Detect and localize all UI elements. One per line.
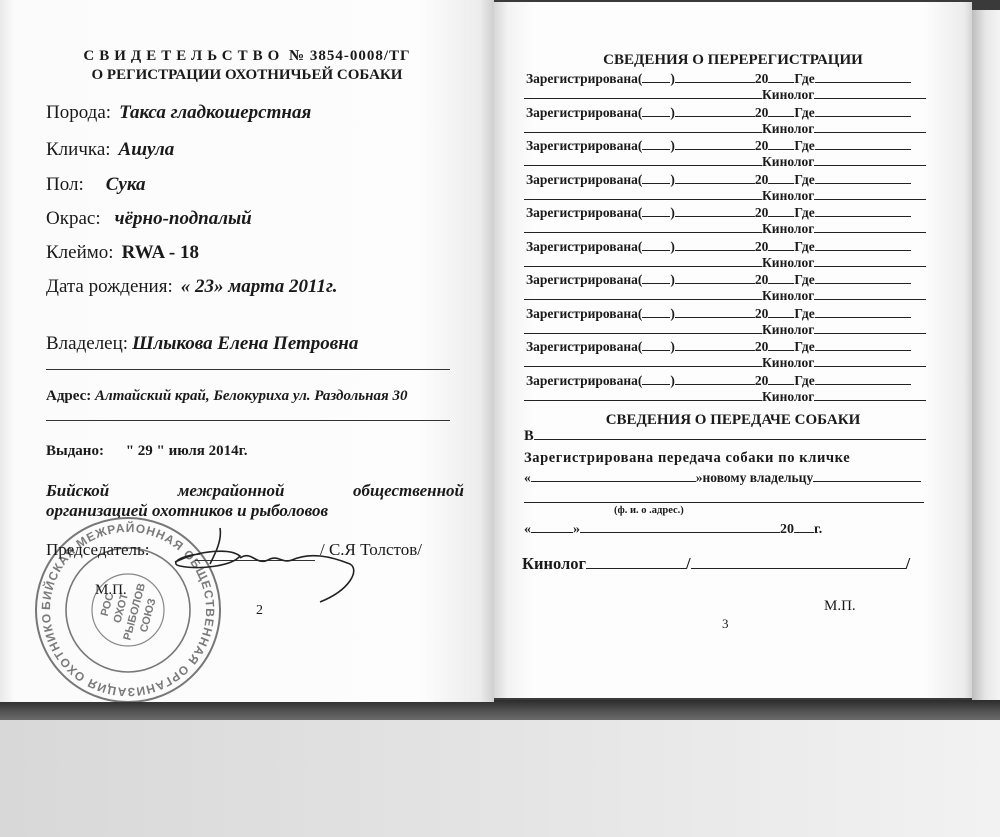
reregistration-title: СВЕДЕНИЯ О ПЕРЕРЕГИСТРАЦИИ bbox=[494, 52, 972, 69]
year-label: 20 bbox=[755, 172, 769, 187]
place-blank[interactable] bbox=[815, 338, 911, 351]
handwritten-signature-icon bbox=[160, 520, 380, 610]
year-label: 20 bbox=[755, 306, 769, 321]
month-blank[interactable] bbox=[675, 137, 755, 150]
reregistration-row: Зарегистрирована()20Где bbox=[526, 204, 911, 221]
field-label: Кличка: bbox=[46, 139, 111, 160]
year-label: 20 bbox=[755, 138, 769, 153]
dog-handler-signature-line: Кинолог// bbox=[522, 554, 910, 574]
org-word: Бийской bbox=[46, 481, 109, 501]
org-word: межрайонной bbox=[178, 481, 285, 501]
day-blank[interactable] bbox=[642, 305, 670, 318]
handler-blank[interactable] bbox=[814, 287, 926, 300]
field-label: Выдано: bbox=[46, 443, 104, 459]
year-label: 20 bbox=[755, 272, 769, 287]
reregistration-row: Зарегистрирована()20Где bbox=[526, 171, 911, 188]
day-blank[interactable] bbox=[642, 238, 670, 251]
year-blank[interactable] bbox=[768, 204, 794, 217]
registered-label: Зарегистрирована( bbox=[526, 306, 642, 321]
handler-note-blank[interactable] bbox=[524, 153, 762, 166]
handler-blank[interactable] bbox=[814, 120, 926, 133]
dog-handler-row: Кинолог bbox=[524, 354, 926, 371]
registered-label: Зарегистрирована( bbox=[526, 272, 642, 287]
dog-handler-label: Кинолог bbox=[762, 154, 814, 169]
year-blank[interactable] bbox=[768, 137, 794, 150]
handler-note-blank[interactable] bbox=[524, 321, 762, 334]
where-label: Где bbox=[794, 205, 814, 220]
dog-handler-label: Кинолог bbox=[762, 221, 814, 236]
month-blank[interactable] bbox=[675, 305, 755, 318]
certificate-title-word: СВИДЕТЕЛЬСТВО bbox=[83, 48, 284, 64]
day-blank[interactable] bbox=[642, 338, 670, 351]
dog-handler-row: Кинолог bbox=[524, 187, 926, 204]
field-issued: Выдано: " 29 " июля 2014г. bbox=[46, 443, 248, 460]
place-blank[interactable] bbox=[815, 204, 911, 217]
field-value: RWA - 18 bbox=[122, 242, 199, 263]
year-label: 20 bbox=[755, 239, 769, 254]
handler-note-blank[interactable] bbox=[524, 287, 762, 300]
year-blank[interactable] bbox=[768, 372, 794, 385]
field-value: Такса гладкошерстная bbox=[119, 102, 311, 123]
month-blank[interactable] bbox=[675, 238, 755, 251]
reregistration-row: Зарегистрирована()20Где bbox=[526, 338, 911, 355]
month-blank[interactable] bbox=[675, 70, 755, 83]
transfer-date-line: «»20г. bbox=[524, 520, 822, 538]
field-label: Дата рождения: bbox=[46, 276, 173, 297]
handler-note-blank[interactable] bbox=[524, 220, 762, 233]
month-blank[interactable] bbox=[675, 104, 755, 117]
dog-handler-row: Кинолог bbox=[524, 254, 926, 271]
day-blank[interactable] bbox=[642, 271, 670, 284]
handler-note-blank[interactable] bbox=[524, 86, 762, 99]
dog-name-blank[interactable] bbox=[531, 469, 696, 482]
field-sex: Пол:Сука bbox=[46, 174, 146, 196]
year-blank[interactable] bbox=[768, 171, 794, 184]
quote: « bbox=[524, 470, 531, 485]
field-brand: Клеймо:RWA - 18 bbox=[46, 242, 199, 264]
certificate-title: СВИДЕТЕЛЬСТВО № 3854-0008/ТГ bbox=[0, 48, 494, 65]
blank-field[interactable] bbox=[534, 427, 926, 440]
transfer-dog-name-line: «»новому владельцу bbox=[524, 469, 921, 486]
month-blank[interactable] bbox=[675, 271, 755, 284]
handler-note-blank[interactable] bbox=[524, 254, 762, 267]
registered-label: Зарегистрирована( bbox=[526, 339, 642, 354]
registered-label: Зарегистрирована( bbox=[526, 172, 642, 187]
dog-handler-label: Кинолог bbox=[762, 121, 814, 136]
chairman-label: Председатель: bbox=[46, 540, 150, 560]
dog-handler-label: Кинолог bbox=[762, 288, 814, 303]
year-suffix: г. bbox=[814, 522, 822, 537]
dog-handler-label: Кинолог bbox=[762, 188, 814, 203]
year-blank[interactable] bbox=[768, 70, 794, 83]
reregistration-row: Зарегистрирована()20Где bbox=[526, 271, 911, 288]
handler-blank[interactable] bbox=[814, 153, 926, 166]
handler-blank[interactable] bbox=[814, 86, 926, 99]
handler-blank[interactable] bbox=[814, 187, 926, 200]
dog-handler-row: Кинолог bbox=[524, 86, 926, 103]
dog-handler-label: Кинолог bbox=[762, 355, 814, 370]
handler-note-blank[interactable] bbox=[524, 354, 762, 367]
year-label: 20 bbox=[755, 105, 769, 120]
registered-label: Зарегистрирована( bbox=[526, 239, 642, 254]
page-number: 3 bbox=[722, 616, 729, 632]
place-blank[interactable] bbox=[815, 305, 911, 318]
certificate-subtitle: О РЕГИСТРАЦИИ ОХОТНИЧЬЕЙ СОБАКИ bbox=[0, 67, 494, 84]
right-page: СВЕДЕНИЯ О ПЕРЕРЕГИСТРАЦИИ Зарегистриров… bbox=[494, 2, 972, 698]
field-label: Порода: bbox=[46, 102, 111, 123]
place-blank[interactable] bbox=[815, 372, 911, 385]
field-owner: Владелец:Шлыкова Елена Петровна bbox=[46, 333, 358, 355]
field-value: Сука bbox=[106, 174, 146, 195]
place-blank[interactable] bbox=[815, 137, 911, 150]
field-name: Кличка:Ашула bbox=[46, 139, 174, 161]
year-blank[interactable] bbox=[794, 520, 814, 533]
new-owner-blank[interactable] bbox=[813, 469, 921, 482]
where-label: Где bbox=[794, 138, 814, 153]
day-blank[interactable] bbox=[642, 70, 670, 83]
field-label: Клеймо: bbox=[46, 242, 114, 263]
org-word: общественной bbox=[353, 481, 464, 501]
year-label: 20 bbox=[755, 339, 769, 354]
divider bbox=[46, 420, 450, 421]
handler-note-blank[interactable] bbox=[524, 388, 762, 401]
where-label: Где bbox=[794, 272, 814, 287]
where-label: Где bbox=[794, 306, 814, 321]
handler-blank[interactable] bbox=[814, 220, 926, 233]
left-page: СВИДЕТЕЛЬСТВО № 3854-0008/ТГ О РЕГИСТРАЦ… bbox=[0, 0, 494, 702]
dog-handler-row: Кинолог bbox=[524, 120, 926, 137]
field-value: Алтайский край, Белокуриха ул. Раздольна… bbox=[95, 388, 407, 404]
place-blank[interactable] bbox=[815, 104, 911, 117]
day-blank[interactable] bbox=[642, 372, 670, 385]
where-label: Где bbox=[794, 239, 814, 254]
month-blank[interactable] bbox=[675, 204, 755, 217]
day-blank[interactable] bbox=[531, 520, 573, 533]
where-label: Где bbox=[794, 71, 814, 86]
dog-handler-row: Кинолог bbox=[524, 388, 926, 405]
year-label: 20 bbox=[755, 71, 769, 86]
transfer-text: Зарегистрирована передача собаки по клич… bbox=[524, 450, 850, 467]
dog-handler-label: Кинолог bbox=[762, 389, 814, 404]
handler-note-blank[interactable] bbox=[524, 120, 762, 133]
certificate-number: № 3854-0008/ТГ bbox=[289, 48, 411, 64]
reregistration-row: Зарегистрирована()20Где bbox=[526, 372, 911, 389]
page-edge-shadow bbox=[972, 10, 1000, 700]
field-label: Окрас: bbox=[46, 208, 101, 229]
field-breed: Порода:Такса гладкошерстная bbox=[46, 102, 311, 124]
field-value: " 29 " июля 2014г. bbox=[126, 443, 248, 459]
where-label: Где bbox=[794, 373, 814, 388]
registered-label: Зарегистрирована( bbox=[526, 71, 642, 86]
quote: « bbox=[524, 522, 531, 537]
registered-label: Зарегистрирована( bbox=[526, 138, 642, 153]
place-blank[interactable] bbox=[815, 171, 911, 184]
divider bbox=[524, 502, 924, 503]
reregistration-row: Зарегистрирована()20Где bbox=[526, 70, 911, 87]
registered-label: Зарегистрирована( bbox=[526, 205, 642, 220]
slash: / bbox=[906, 554, 911, 573]
reregistration-row: Зарегистрирована()20Где bbox=[526, 104, 911, 121]
registered-label: Зарегистрирована( bbox=[526, 373, 642, 388]
stamp-mark: М.П. bbox=[95, 582, 127, 599]
place-blank[interactable] bbox=[815, 70, 911, 83]
dog-handler-row: Кинолог bbox=[524, 287, 926, 304]
where-label: Где bbox=[794, 105, 814, 120]
dog-handler-label: Кинолог bbox=[762, 87, 814, 102]
month-blank[interactable] bbox=[580, 520, 780, 533]
transfer-in-line: В bbox=[524, 427, 926, 445]
stamp-mark: М.П. bbox=[824, 598, 856, 615]
handler-note-blank[interactable] bbox=[524, 187, 762, 200]
year-blank[interactable] bbox=[768, 271, 794, 284]
year-blank[interactable] bbox=[768, 238, 794, 251]
where-label: Где bbox=[794, 339, 814, 354]
field-color: Окрас:чёрно-подпалый bbox=[46, 208, 252, 230]
handler-blank[interactable] bbox=[814, 354, 926, 367]
year-label: 20 bbox=[755, 205, 769, 220]
year-label: 20 bbox=[755, 373, 769, 388]
signature-blank[interactable] bbox=[586, 556, 686, 569]
in-label: В bbox=[524, 428, 534, 444]
dog-handler-row: Кинолог bbox=[524, 220, 926, 237]
handler-blank[interactable] bbox=[814, 321, 926, 334]
reregistration-row: Зарегистрирована()20Где bbox=[526, 238, 911, 255]
field-label: Владелец: bbox=[46, 333, 128, 354]
reregistration-row: Зарегистрирована()20Где bbox=[526, 305, 911, 322]
divider bbox=[46, 369, 450, 370]
day-blank[interactable] bbox=[642, 171, 670, 184]
cover-edge bbox=[0, 700, 1000, 720]
day-blank[interactable] bbox=[642, 104, 670, 117]
field-birth-date: Дата рождения:« 23» марта 2011г. bbox=[46, 276, 338, 298]
month-blank[interactable] bbox=[675, 171, 755, 184]
field-value: Шлыкова Елена Петровна bbox=[132, 333, 358, 354]
fio-hint: (ф. и. о .адрес.) bbox=[614, 505, 684, 516]
where-label: Где bbox=[794, 172, 814, 187]
handler-blank[interactable] bbox=[814, 388, 926, 401]
reregistration-row: Зарегистрирована()20Где bbox=[526, 137, 911, 154]
dog-handler-label: Кинолог bbox=[522, 554, 586, 573]
field-value: чёрно-подпалый bbox=[115, 208, 252, 229]
place-blank[interactable] bbox=[815, 238, 911, 251]
dog-handler-row: Кинолог bbox=[524, 321, 926, 338]
dog-handler-label: Кинолог bbox=[762, 255, 814, 270]
dog-handler-label: Кинолог bbox=[762, 322, 814, 337]
place-blank[interactable] bbox=[815, 271, 911, 284]
month-blank[interactable] bbox=[675, 372, 755, 385]
handler-blank[interactable] bbox=[814, 254, 926, 267]
year-blank[interactable] bbox=[768, 305, 794, 318]
field-label: Пол: bbox=[46, 174, 84, 195]
name-blank[interactable] bbox=[691, 556, 906, 569]
year-label: 20 bbox=[780, 522, 794, 537]
new-owner-label: »новому владельцу bbox=[696, 470, 813, 485]
registered-label: Зарегистрирована( bbox=[526, 105, 642, 120]
day-blank[interactable] bbox=[642, 204, 670, 217]
day-blank[interactable] bbox=[642, 137, 670, 150]
month-blank[interactable] bbox=[675, 338, 755, 351]
field-value: Ашула bbox=[119, 139, 175, 160]
year-blank[interactable] bbox=[768, 338, 794, 351]
field-label: Адрес: bbox=[46, 388, 91, 404]
year-blank[interactable] bbox=[768, 104, 794, 117]
page-number: 2 bbox=[256, 603, 263, 619]
quote: » bbox=[573, 522, 580, 537]
dog-handler-row: Кинолог bbox=[524, 153, 926, 170]
field-value: « 23» марта 2011г. bbox=[181, 276, 338, 297]
field-address: Адрес: Алтайский край, Белокуриха ул. Ра… bbox=[46, 388, 407, 405]
